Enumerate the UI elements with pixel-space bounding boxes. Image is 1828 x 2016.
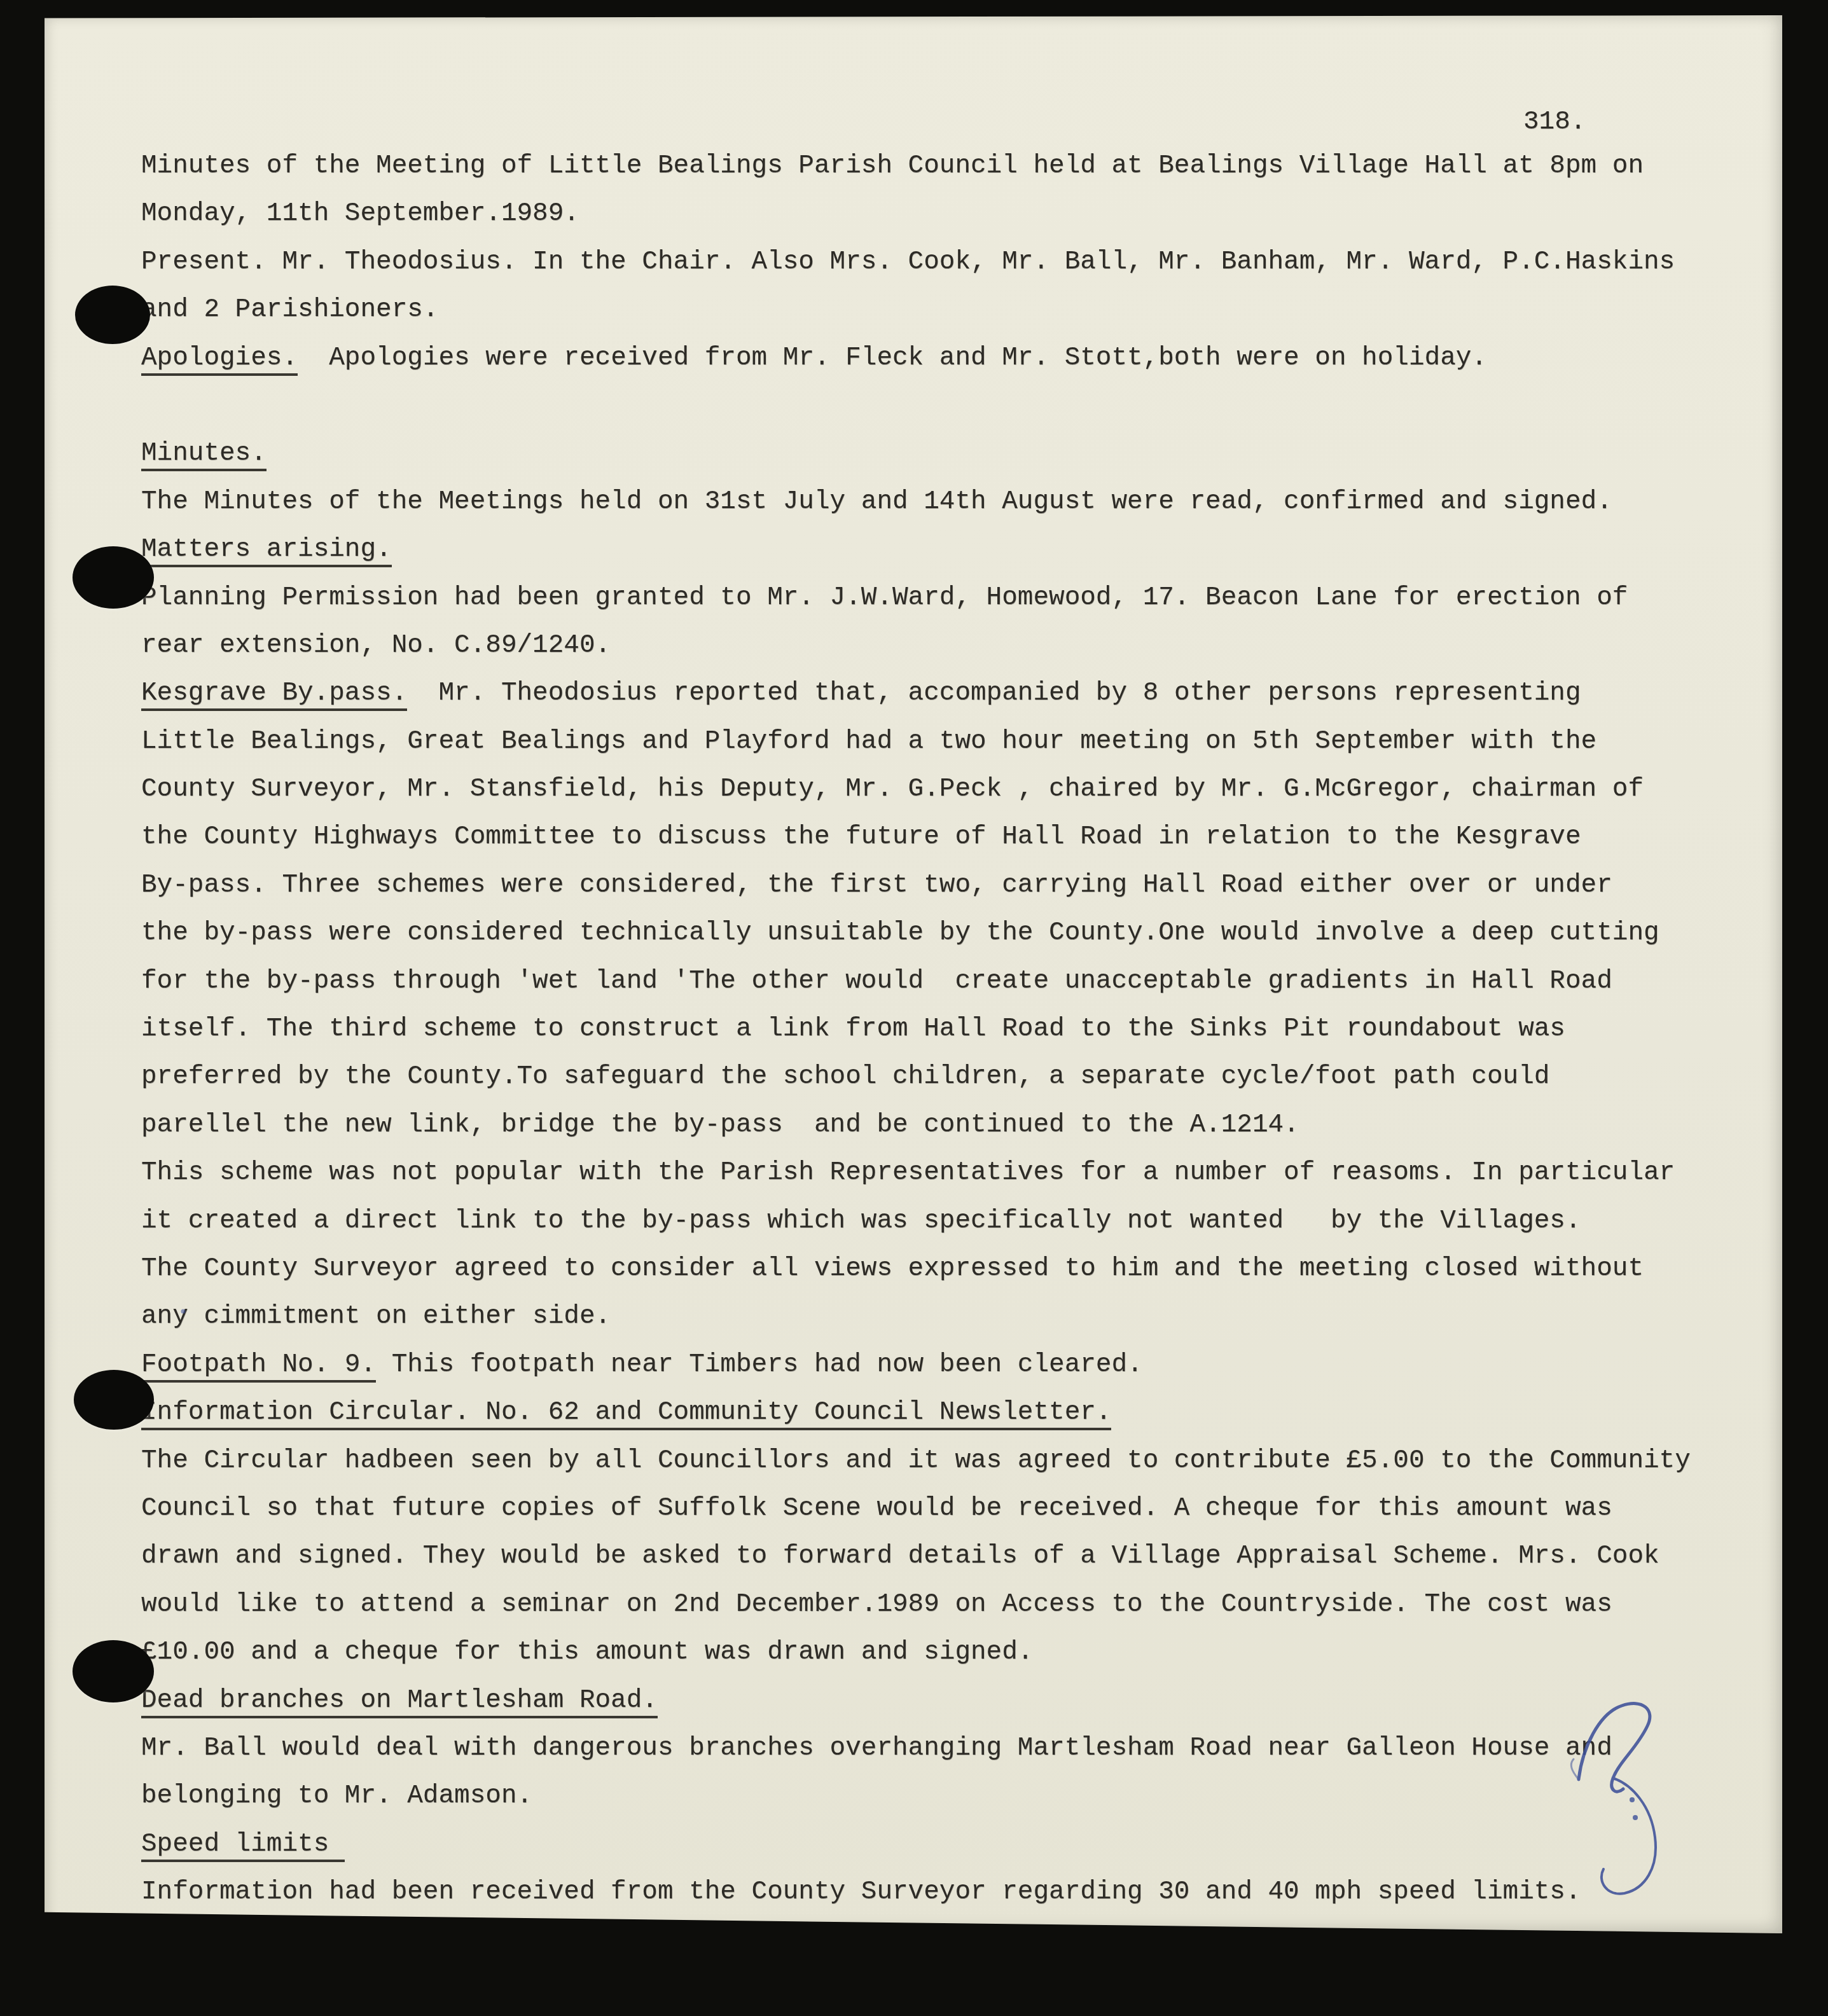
text-line: Footpath No. 9. This footpath near Timbe… — [141, 1341, 1691, 1389]
page-number: 318. — [1523, 107, 1586, 137]
punch-hole — [73, 1640, 154, 1702]
text-line: Planning Permission had been granted to … — [141, 574, 1691, 622]
line-text: Little Bealings, Great Bealings and Play… — [141, 727, 1596, 756]
text-line: belonging to Mr. Adamson. — [141, 1772, 1691, 1820]
text-line: drawn and signed. They would be asked to… — [141, 1533, 1691, 1580]
text-line: Matters arising. — [141, 526, 1691, 574]
line-text: County Surveyor, Mr. Stansfield, his Dep… — [141, 775, 1644, 804]
text-line: the by-pass were considered technically … — [141, 909, 1691, 957]
section-heading-apologies: Apologies. — [141, 343, 298, 376]
line-text: Present. Mr. Theodosius. In the Chair. A… — [141, 247, 1675, 277]
text-line: itself. The third scheme to construct a … — [141, 1005, 1691, 1053]
text-line: Monday, 11th September.1989. — [141, 190, 1691, 238]
punch-hole — [75, 286, 150, 344]
line-text: By-pass. Three schemes were considered, … — [141, 871, 1612, 900]
text-line: County Surveyor, Mr. Stansfield, his Dep… — [141, 766, 1691, 813]
line-text: rear extension, No. C.89/1240. — [141, 631, 611, 660]
line-text: £10.00 and a cheque for this amount was … — [141, 1638, 1033, 1667]
line-text: This footpath near Timbers had now been … — [376, 1350, 1143, 1379]
text-line: rear extension, No. C.89/1240. — [141, 622, 1691, 670]
text-line: Minutes of the Meeting of Little Bealing… — [141, 142, 1691, 190]
text-line: would like to attend a seminar on 2nd De… — [141, 1581, 1691, 1629]
line-text: This scheme was not popular with the Par… — [141, 1158, 1675, 1187]
line-text: The County Surveyor agreed to consider a… — [141, 1254, 1644, 1283]
text-line: parellel the new link, bridge the by-pas… — [141, 1101, 1691, 1149]
text-line: it created a direct link to the by-pass … — [141, 1198, 1691, 1245]
line-text: Information had been received from the C… — [141, 1877, 1581, 1907]
blank-line — [141, 382, 1691, 430]
text-line: This scheme was not popular with the Par… — [141, 1149, 1691, 1197]
paper-sheet: 318. Minutes of the Meeting of Little Be… — [45, 15, 1782, 1933]
line-text: itself. The third scheme to construct a … — [141, 1014, 1565, 1044]
section-heading-speed-limits: Speed limits — [141, 1830, 345, 1862]
section-heading-matters-arising: Matters arising. — [141, 535, 392, 567]
line-text: it created a direct link to the by-pass … — [141, 1206, 1581, 1236]
text-line: Information Circular. No. 62 and Communi… — [141, 1389, 1691, 1437]
text-line: The Circular hadbeen seen by all Council… — [141, 1437, 1691, 1485]
line-text: The Minutes of the Meetings held on 31st… — [141, 487, 1612, 516]
line-text: would like to attend a seminar on 2nd De… — [141, 1590, 1612, 1619]
line-text: Apologies were received from Mr. Fleck a… — [298, 343, 1487, 373]
section-heading-kesgrave-bypass: Kesgrave By.pass. — [141, 679, 407, 711]
line-text: belonging to Mr. Adamson. — [141, 1781, 532, 1811]
text-line: and 2 Parishioners. — [141, 286, 1691, 334]
text-line: £10.00 and a cheque for this amount was … — [141, 1629, 1691, 1676]
line-text: Monday, 11th September.1989. — [141, 199, 579, 228]
text-line: Council so that future copies of Suffolk… — [141, 1485, 1691, 1533]
line-text: drawn and signed. They would be asked to… — [141, 1542, 1659, 1571]
text-line: The County Surveyor agreed to consider a… — [141, 1245, 1691, 1293]
section-heading-footpath-9: Footpath No. 9. — [141, 1350, 376, 1383]
section-heading-information-circular: Information Circular. No. 62 and Communi… — [141, 1398, 1111, 1430]
line-text: parellel the new link, bridge the by-pas… — [141, 1110, 1299, 1140]
line-text: any cimmitment on either side. — [141, 1302, 611, 1331]
text-line: Speed limits — [141, 1821, 1691, 1868]
line-text: the by-pass were considered technically … — [141, 918, 1659, 948]
section-heading-minutes: Minutes. — [141, 439, 267, 471]
text-line: Dead branches on Martlesham Road. — [141, 1677, 1691, 1725]
text-line: any cimmitment on either side. — [141, 1293, 1691, 1341]
punch-hole — [74, 1370, 154, 1430]
line-text: for the by-pass through 'wet land 'The o… — [141, 967, 1612, 996]
line-text: Planning Permission had been granted to … — [141, 583, 1628, 612]
text-line: Kesgrave By.pass. Mr. Theodosius reporte… — [141, 670, 1691, 717]
text-line: Apologies. Apologies were received from … — [141, 335, 1691, 382]
text-line: Little Bealings, Great Bealings and Play… — [141, 718, 1691, 766]
text-line: for the by-pass through 'wet land 'The o… — [141, 958, 1691, 1005]
text-line: Minutes. — [141, 430, 1691, 478]
line-text: the County Highways Committee to discuss… — [141, 822, 1581, 852]
line-text: Council so that future copies of Suffolk… — [141, 1494, 1612, 1523]
text-line: Mr. Ball would deal with dangerous branc… — [141, 1725, 1691, 1772]
document-body: Minutes of the Meeting of Little Bealing… — [141, 142, 1691, 1916]
line-text: The Circular hadbeen seen by all Council… — [141, 1446, 1691, 1475]
line-text: Mr. Ball would deal with dangerous branc… — [141, 1734, 1612, 1763]
line-text: Mr. Theodosius reported that, accompanie… — [407, 679, 1581, 708]
section-heading-dead-branches: Dead branches on Martlesham Road. — [141, 1686, 658, 1718]
text-line: preferred by the County.To safeguard the… — [141, 1053, 1691, 1101]
text-line: the County Highways Committee to discuss… — [141, 813, 1691, 861]
text-line: The Minutes of the Meetings held on 31st… — [141, 478, 1691, 526]
text-line: By-pass. Three schemes were considered, … — [141, 862, 1691, 909]
scanned-document-page: 318. Minutes of the Meeting of Little Be… — [0, 0, 1828, 2016]
text-line: Information had been received from the C… — [141, 1868, 1691, 1916]
punch-hole — [73, 546, 154, 609]
line-text: and 2 Parishioners. — [141, 295, 438, 324]
line-text: Minutes of the Meeting of Little Bealing… — [141, 151, 1644, 181]
line-text: preferred by the County.To safeguard the… — [141, 1062, 1549, 1091]
text-line: Present. Mr. Theodosius. In the Chair. A… — [141, 238, 1691, 286]
